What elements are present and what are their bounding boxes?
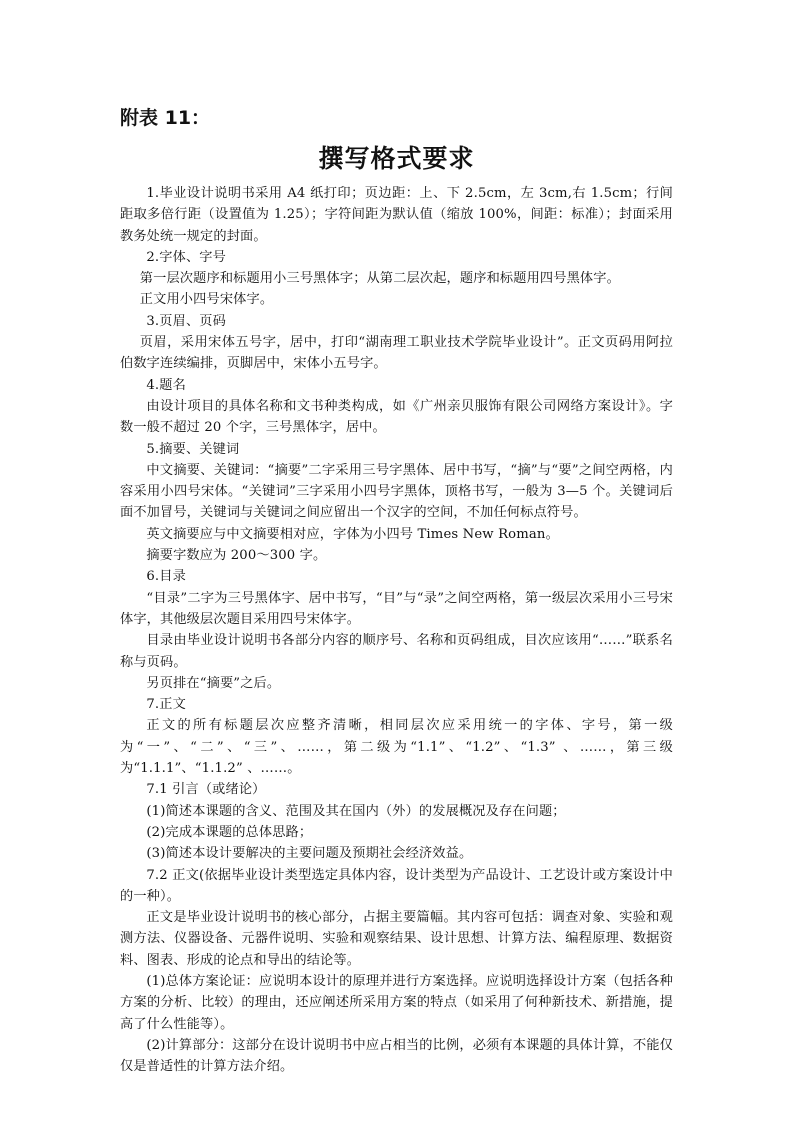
appendix-label: 附表 11： (120, 104, 673, 132)
paragraph-body-core: 正文是毕业设计说明书的核心部分，占据主要篇幅。其内容可包括：调查对象、实验和观测… (120, 907, 673, 971)
list-item-body-1: (1)总体方案论证：应说明本设计的原理并进行方案选择。应说明选择设计方案（包括各… (120, 971, 673, 1035)
paragraph-toc-fonts: “目录”二字为三号黑体字、居中书写，“目”与“录”之间空两格，第一级层次采用小三… (120, 588, 673, 631)
section-heading-font: 2.字体、字号 (120, 247, 673, 268)
section-heading-abstract: 5.摘要、关键词 (120, 439, 673, 460)
list-item-intro-1: (1)简述本课题的含义、范围及其在国内（外）的发展概况及存在问题； (120, 801, 673, 822)
list-item-intro-2: (2)完成本课题的总体思路； (120, 822, 673, 843)
subsection-heading-body: 7.2 正文(依据毕业设计类型选定具体内容，设计类型为产品设计、工艺设计或方案设… (120, 865, 673, 908)
paragraph-page-setup: 1.毕业设计说明书采用 A4 纸打印；页边距：上、下 2.5cm，左 3cm,右… (120, 183, 673, 247)
section-heading-toc: 6.目录 (120, 566, 673, 587)
document-body: 1.毕业设计说明书采用 A4 纸打印；页边距：上、下 2.5cm，左 3cm,右… (120, 183, 673, 1077)
document-page: 附表 11： 撰写格式要求 1.毕业设计说明书采用 A4 纸打印；页边距：上、下… (120, 104, 673, 1077)
paragraph-header-footer: 页眉，采用宋体五号字，居中，打印“湖南理工职业技术学院毕业设计”。正文页码用阿拉… (120, 332, 673, 375)
document-title: 撰写格式要求 (120, 142, 673, 176)
section-heading-title: 4.题名 (120, 375, 673, 396)
subsection-heading-introduction: 7.1 引言（或绪论） (120, 779, 673, 800)
paragraph-toc-composition: 目录由毕业设计说明书各部分内容的顺序号、名称和页码组成，目次应该用“……”联系名… (120, 630, 673, 673)
section-heading-header-footer: 3.页眉、页码 (120, 311, 673, 332)
section-heading-main-text: 7.正文 (120, 694, 673, 715)
list-item-body-2: (2)计算部分：这部分在设计说明书中应占相当的比例，必须有本课题的具体计算，不能… (120, 1035, 673, 1078)
paragraph-abstract-keywords: 中文摘要、关键词：“摘要”二字采用三号字黑体、居中书写，“摘”与“要”之间空两格… (120, 460, 673, 524)
paragraph-heading-levels: 正文的所有标题层次应整齐清晰，相同层次应采用统一的字体、字号，第一级为“一”、“… (120, 715, 673, 779)
paragraph-title-rules: 由设计项目的具体名称和文书种类构成，如《广州亲贝服饰有限公司网络方案设计》。字数… (120, 396, 673, 439)
paragraph-heading-fonts: 第一层次题序和标题用小三号黑体字；从第二层次起，题序和标题用四号黑体字。 (120, 268, 673, 289)
paragraph-abstract-length: 摘要字数应为 200～300 字。 (120, 545, 673, 566)
list-item-intro-3: (3)简述本设计要解决的主要问题及预期社会经济效益。 (120, 843, 673, 864)
paragraph-toc-position: 另页排在“摘要”之后。 (120, 673, 673, 694)
paragraph-body-font: 正文用小四号宋体字。 (120, 289, 673, 310)
paragraph-english-abstract: 英文摘要应与中文摘要相对应，字体为小四号 Times New Roman。 (120, 524, 673, 545)
